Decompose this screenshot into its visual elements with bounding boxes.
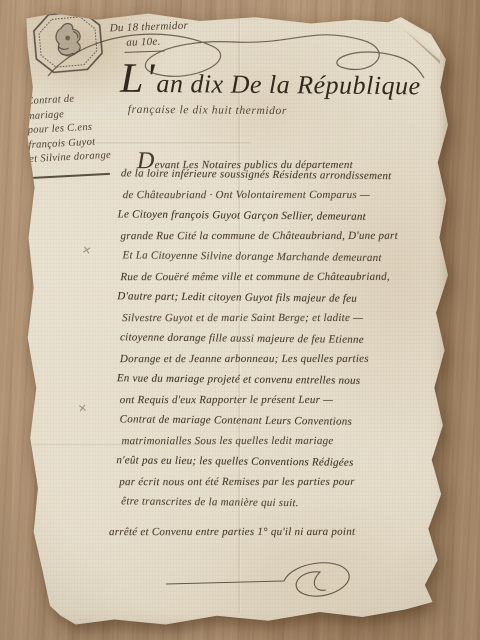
handwritten-line: Et La Citoyenne Silvine dorange Marchand… [122, 249, 438, 273]
pencil-x-mark: ✕ [77, 401, 88, 415]
handwritten-line: Silvestre Guyot et de marie Saint Berge;… [122, 312, 438, 333]
handwritten-line: matrimonialles Sous les quelles ledit ma… [121, 435, 437, 456]
handwritten-line: grande Rue Cité la commune de Châteaubri… [121, 230, 439, 251]
handwritten-line: ont Requis d'eux Rapporter le présent Le… [120, 394, 438, 415]
manuscript-body-text: Devant Les Notaires publics du départeme… [119, 147, 439, 547]
document-title: L'an dix De la République française le d… [120, 63, 421, 119]
handwritten-line: n'eût pas eu lieu; les quelles Conventio… [116, 454, 437, 478]
handwritten-line: Devant Les Notaires publics du départeme… [137, 148, 439, 169]
title-line-1: L'an dix De la République [120, 63, 421, 103]
handwritten-line: citoyenne dorange fille aussi majeure de… [120, 331, 438, 355]
handwritten-line: Rue de Couëré même ville et commune de C… [120, 271, 438, 292]
handwritten-line: Dorange et de Jeanne arbonneau; Les quel… [120, 353, 438, 374]
handwritten-line: être transcrites de la manière qui suit. [121, 495, 437, 519]
title-line-2: française le dix huit thermidor [128, 104, 421, 119]
handwritten-line: de Châteaubriand · Ont Volontairement Co… [123, 189, 439, 210]
handwritten-line: Contrat de mariage Contenant Leurs Conve… [119, 413, 437, 437]
handwritten-line: de la loire inférieure soussignés Réside… [121, 167, 439, 191]
handwritten-line: par écrit nous ont été Remises par les p… [119, 476, 437, 497]
manuscript-page: Du 18 thermidor au 10e. L'an dix De la R… [20, 6, 448, 632]
pencil-x-mark: ✕ [81, 243, 93, 258]
ink-flourish-signature [164, 554, 356, 608]
photo-of-manuscript: Du 18 thermidor au 10e. L'an dix De la R… [0, 0, 480, 640]
margin-underline [32, 172, 110, 178]
handwritten-line: D'autre part; Ledit citoyen Guyot fils m… [117, 290, 438, 314]
handwritten-line: arrêté et Convenu entre parties 1° qu'il… [109, 526, 437, 547]
handwritten-line: En vue du mariage projeté et convenu ent… [117, 372, 438, 396]
paper-sheet: Du 18 thermidor au 10e. L'an dix De la R… [20, 6, 448, 632]
handwritten-line: Le Citoyen françois Guyot Garçon Sellier… [118, 208, 439, 232]
